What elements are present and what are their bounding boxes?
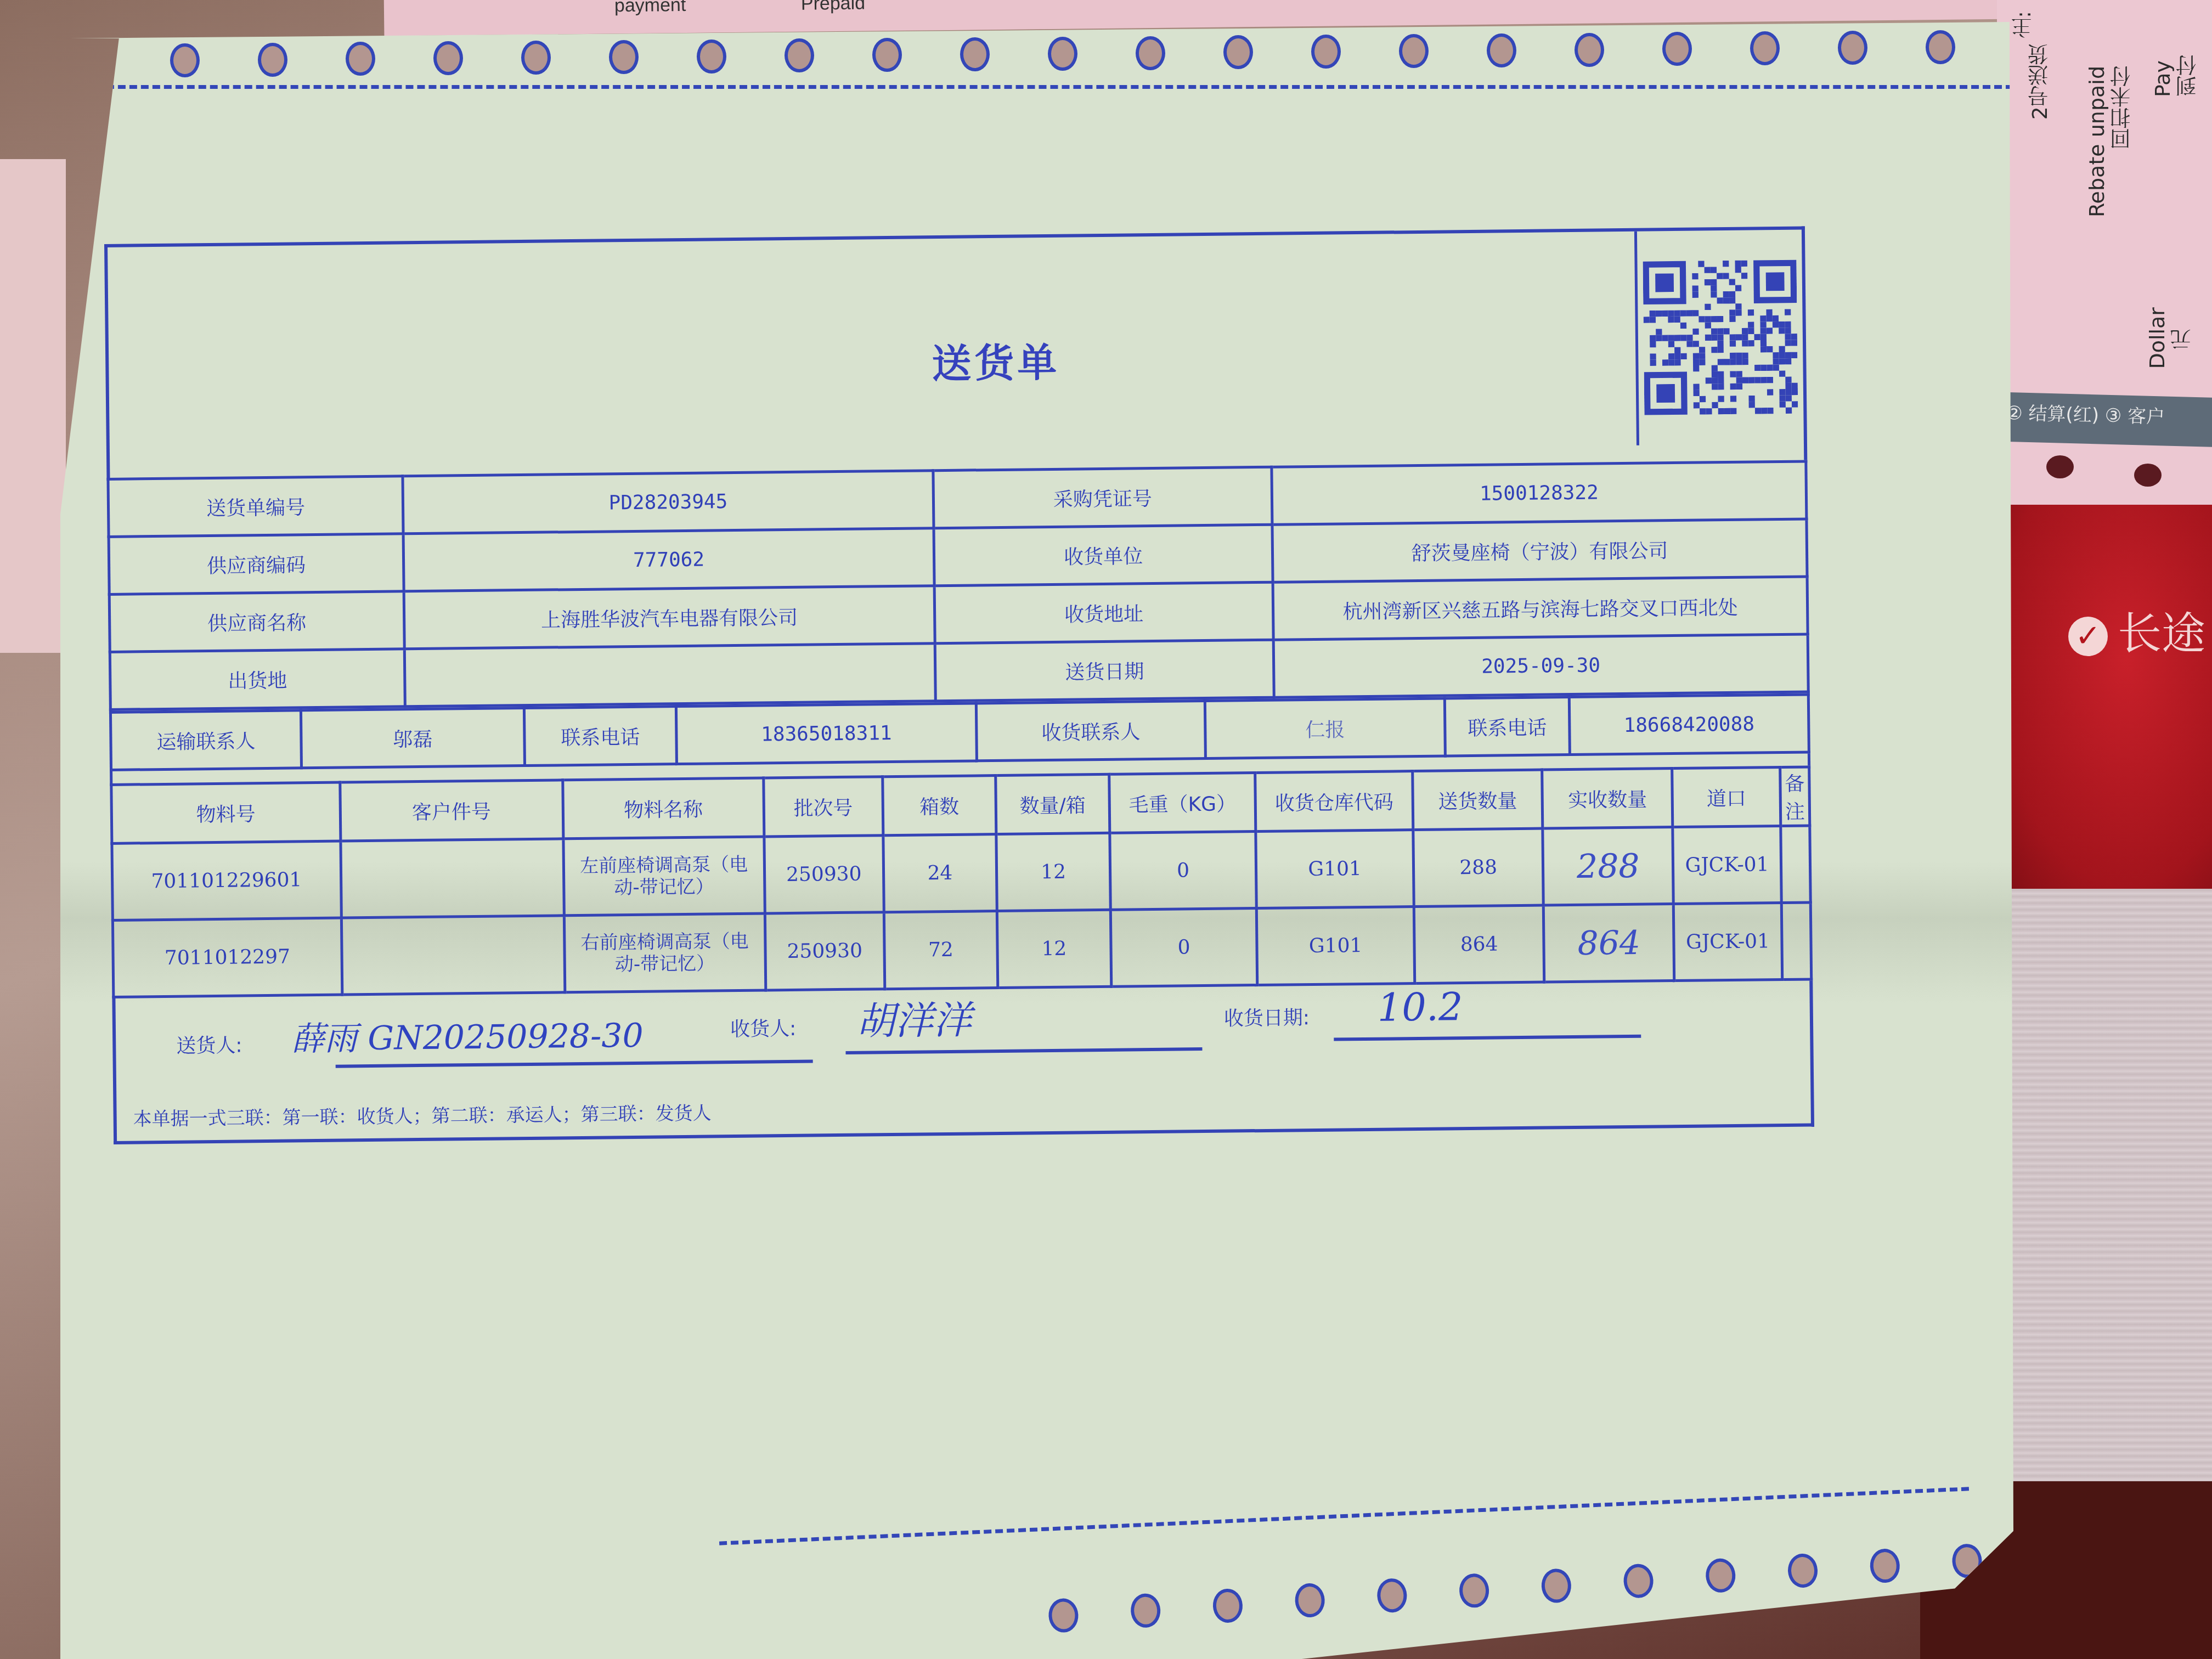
table-cell: 250930 (765, 912, 884, 990)
slip-text: 回扣未付 (2107, 66, 2137, 149)
column-header: 备注 (1780, 767, 1810, 826)
qr-code (1634, 230, 1804, 445)
perforation-hole (1136, 36, 1165, 70)
receiver-contact-name: 仁报 (1205, 698, 1445, 759)
brand-text: 长途 (2118, 608, 2205, 659)
perforation-hole (82, 44, 112, 78)
table-cell: 12 (997, 910, 1111, 988)
perforation-line-bottom (719, 1487, 1969, 1545)
slip-text-prepaid: Prepaid (801, 0, 866, 15)
background-waybill-slip: 主: 2号送货 Rebate unpaid 回扣未付 Pay 到付 Dollar… (1997, 0, 2212, 505)
background-shelf (1986, 889, 2212, 1492)
sender-label: 送货人: (176, 1030, 242, 1058)
table-cell: 701101229601 (112, 841, 341, 920)
perforation-hole (609, 40, 639, 74)
header-info-table: 送货单编号PD28203945采购凭证号1500128322供应商编码77706… (106, 460, 1809, 711)
perforation-hole (1662, 32, 1692, 66)
background-red-cloth: ✓长途 (1997, 505, 2212, 889)
receiver-signature: 胡洋洋 (856, 990, 972, 1046)
info-value (404, 644, 935, 707)
checkmark-icon: ✓ (2068, 617, 2108, 656)
page-title: 送货单 (932, 331, 1060, 389)
receipt-date-label: 收货日期: (1224, 1002, 1310, 1031)
table-cell: 7011012297 (112, 918, 342, 997)
table-cell: 288 (1413, 828, 1544, 906)
table-cell: 0 (1110, 832, 1257, 910)
perforation-hole (346, 42, 375, 76)
perforation-hole (1212, 1588, 1243, 1623)
info-value: PD28203945 (403, 471, 934, 534)
transport-contact-label: 运输联系人 (110, 710, 301, 770)
table-cell: G101 (1256, 830, 1414, 909)
table-cell: 0 (1110, 909, 1257, 987)
table-cell: 24 (883, 834, 997, 912)
background-paper-left (0, 159, 66, 653)
perforation-hole (1048, 1598, 1079, 1633)
receiver-phone: 18668420088 (1569, 695, 1809, 755)
slip-text: 主: (2008, 11, 2038, 39)
table-cell: 250930 (764, 836, 884, 913)
slip-text: Dollar (2145, 307, 2169, 369)
perforation-hole (1130, 1593, 1161, 1628)
perforation-hole (1838, 31, 1867, 65)
info-value: 上海胜华波汽车电器有限公司 (404, 586, 935, 649)
items-table: 物料号客户件号物料名称批次号箱数数量/箱毛重（KG）收货仓库代码送货数量实收数量… (110, 765, 1813, 998)
column-header: 实收数量 (1542, 769, 1673, 828)
info-value: 舒茨曼座椅（宁波）有限公司 (1272, 519, 1807, 582)
info-value: 777062 (403, 528, 934, 591)
info-label: 送货日期 (935, 640, 1274, 701)
brand-logo: ✓长途 (2068, 598, 2205, 661)
perforation-hole (1459, 1573, 1490, 1609)
perforation-hole (170, 43, 200, 77)
perforation-hole (521, 41, 551, 75)
perforation-hole (1750, 31, 1780, 65)
table-cell: G101 (1257, 907, 1415, 985)
info-label: 供应商名称 (109, 591, 404, 652)
info-label: 出货地 (110, 649, 405, 710)
slip-hole (2134, 464, 2162, 487)
info-label: 收货地址 (934, 582, 1273, 643)
table-cell: 864 (1414, 905, 1544, 983)
perforation-bottom (1047, 1539, 1992, 1638)
column-header: 物料号 (111, 782, 341, 843)
table-cell: 72 (884, 911, 998, 989)
slip-text: Pay (2151, 60, 2175, 97)
table-cell (1781, 902, 1811, 980)
perforation-hole (872, 38, 902, 72)
perforation-hole (1223, 35, 1253, 69)
transport-phone: 18365018311 (676, 703, 977, 764)
sender-signature-line (336, 1060, 813, 1068)
column-header: 物料名称 (562, 778, 764, 839)
slip-text: 到付 (2172, 55, 2203, 97)
qr-code-icon (1643, 255, 1798, 421)
receiver-contact-label: 收货联系人 (976, 701, 1205, 761)
perforation-hole (1787, 1553, 1818, 1589)
table-cell (341, 839, 564, 918)
info-value: 2025-09-30 (1273, 634, 1808, 697)
column-header: 送货数量 (1413, 770, 1543, 830)
info-label: 送货单编号 (108, 476, 403, 537)
perforation-hole (1048, 37, 1077, 71)
column-header: 数量/箱 (996, 774, 1110, 834)
perforation-hole (1311, 35, 1341, 69)
table-cell (1781, 826, 1810, 903)
perforation-hole (1399, 34, 1429, 68)
table-cell (341, 916, 565, 995)
table-cell: 12 (996, 833, 1110, 911)
column-header: 客户件号 (340, 780, 563, 841)
delivery-note-form: 送货单 送货单编号PD28203945采购凭证号1500128322供应商编码7… (104, 227, 1814, 1144)
slip-text: 元 (2167, 329, 2197, 350)
slip-hole (2046, 455, 2074, 478)
perforation-hole (1869, 1548, 1900, 1584)
table-cell: 864 (1544, 904, 1674, 982)
form-header: 送货单 (104, 227, 1807, 478)
perforation-hole (1926, 30, 1955, 64)
column-header: 道口 (1672, 768, 1781, 827)
transport-phone-label: 联系电话 (524, 707, 676, 766)
perforation-hole (1541, 1568, 1572, 1604)
table-cell: 左前座椅调高泵（电动-带记忆） (563, 837, 765, 916)
slip-text-payment: payment (614, 0, 686, 16)
perforation-hole (697, 39, 726, 74)
table-cell: GJCK-01 (1673, 826, 1781, 904)
receiver-signature-line (845, 1047, 1202, 1054)
perforation-hole (1623, 1563, 1654, 1599)
perforation-hole (1575, 33, 1604, 67)
signature-section: 送货人: 薛雨 GN20250928-30 收货人: 胡洋洋 收货日期: 10.… (112, 980, 1814, 1144)
perforation-hole (960, 37, 990, 71)
receipt-date-line (1334, 1035, 1641, 1041)
info-label: 采购凭证号 (933, 467, 1272, 528)
slip-text: Rebate unpaid (2085, 66, 2109, 217)
table-cell: 288 (1543, 827, 1673, 905)
perforation-hole (1376, 1578, 1408, 1613)
footer-note: 本单据一式三联：第一联：收货人；第二联：承运人；第三联：发货人 (133, 1098, 711, 1131)
perforation-hole (1294, 1583, 1325, 1618)
info-value: 1500128322 (1272, 461, 1807, 524)
perforation-hole (258, 43, 287, 77)
column-header: 收货仓库代码 (1255, 771, 1413, 832)
perforation-hole (1487, 33, 1516, 67)
column-header: 批次号 (764, 777, 883, 837)
slip-text: 2号送货 (2024, 44, 2055, 120)
sender-signature: 薛雨 GN20250928-30 (291, 1009, 644, 1060)
info-label: 供应商编码 (109, 534, 404, 595)
table-cell: 右前座椅调高泵（电动-带记忆） (564, 913, 766, 992)
perforation-hole (1705, 1558, 1736, 1594)
column-header: 毛重（KG） (1109, 773, 1256, 833)
info-label: 收货单位 (934, 524, 1273, 585)
perforation-line-top (60, 85, 2013, 89)
receipt-date: 10.2 (1377, 984, 1463, 1030)
receiver-phone-label: 联系电话 (1444, 697, 1570, 756)
transport-contact-name: 邬磊 (301, 708, 524, 768)
slip-band: ② 结算(红) ③ 客户 (1997, 392, 2212, 447)
table-cell: GJCK-01 (1673, 903, 1782, 981)
receiver-label: 收货人: (730, 1013, 797, 1042)
info-value: 杭州湾新区兴慈五路与滨海七路交叉口西北处 (1273, 577, 1808, 640)
perforation-top (82, 33, 1991, 82)
perforation-hole (433, 41, 463, 75)
column-header: 箱数 (882, 776, 996, 836)
perforation-hole (785, 38, 814, 72)
